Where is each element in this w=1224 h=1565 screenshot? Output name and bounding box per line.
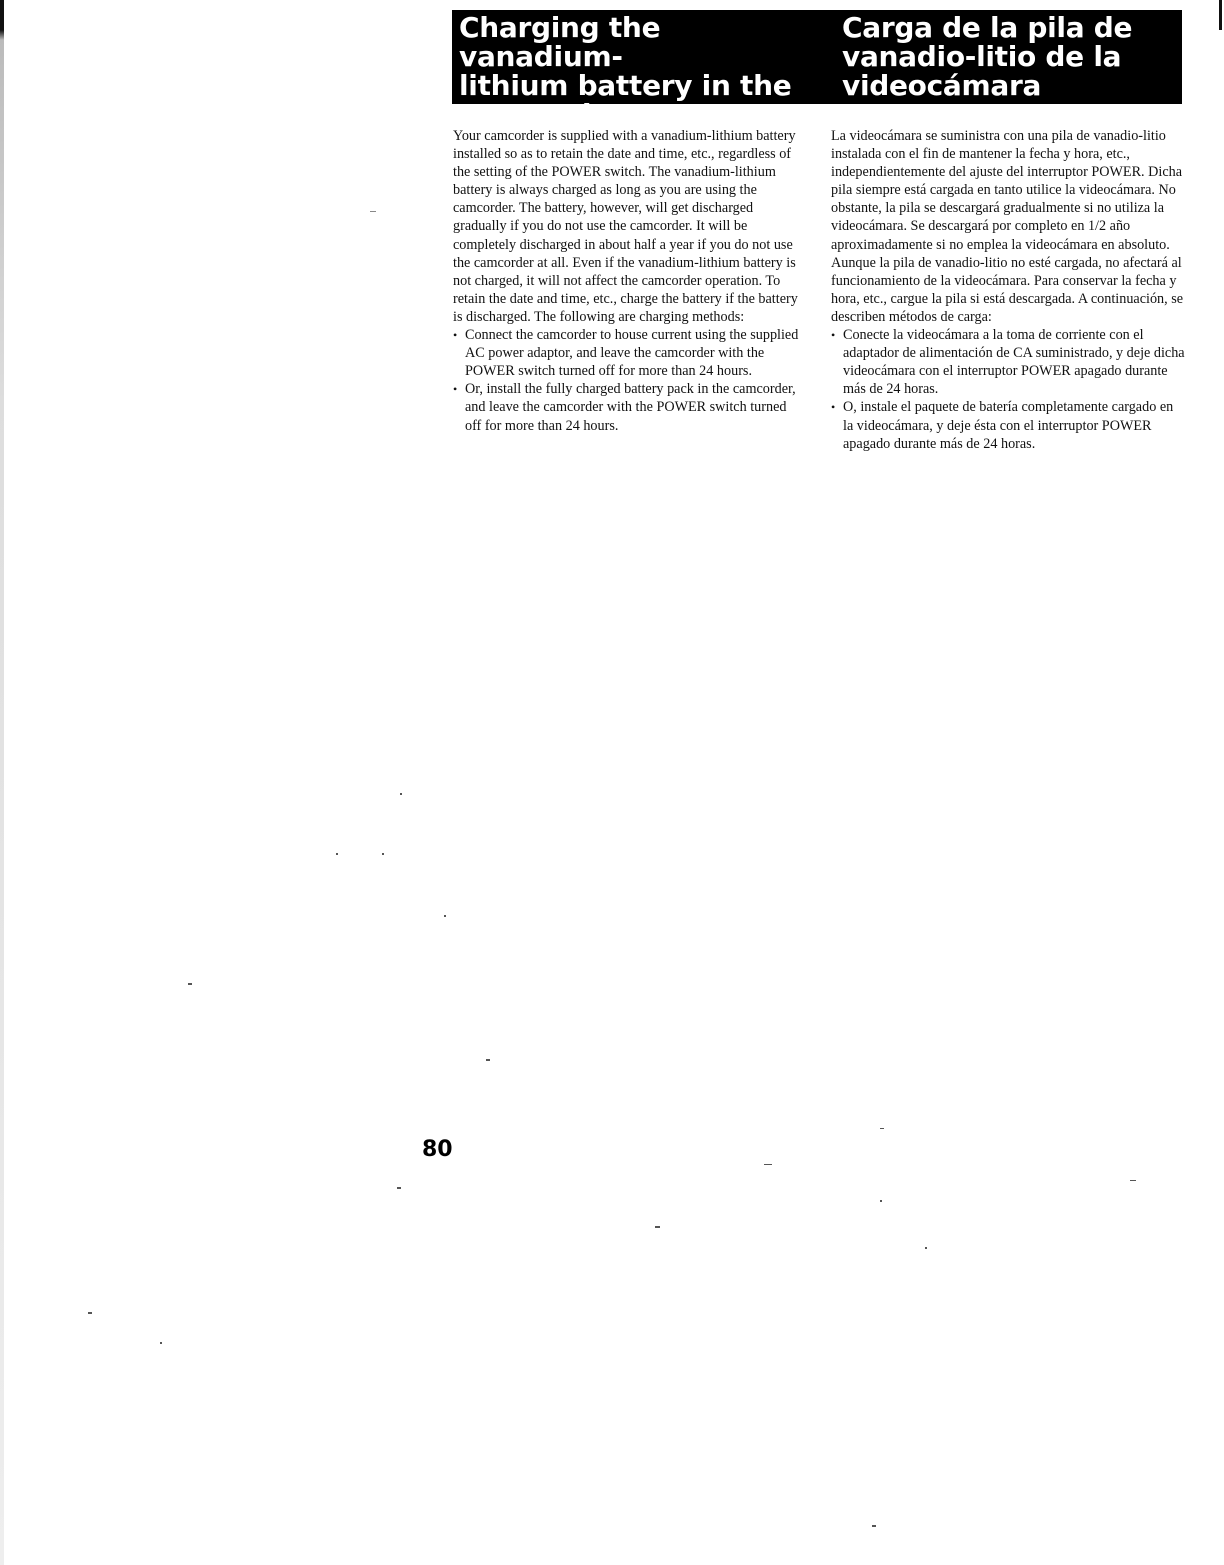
scan-speck — [925, 1247, 927, 1249]
scan-speck — [880, 1128, 884, 1129]
scan-speck — [655, 1226, 660, 1228]
scan-speck — [400, 793, 402, 795]
scan-speck — [397, 1187, 401, 1189]
scan-speck — [880, 1200, 882, 1202]
spanish-paragraph: La videocámara se suministra con una pil… — [831, 127, 1187, 326]
list-item: • Conecte la videocámara a la toma de co… — [831, 326, 1187, 398]
scan-speck — [382, 853, 384, 855]
scan-speck — [188, 983, 192, 985]
english-charging-methods-list: • Connect the camcorder to house current… — [453, 326, 805, 435]
scan-speck — [1130, 1180, 1136, 1181]
list-item: • Connect the camcorder to house current… — [453, 326, 805, 380]
scan-speck — [764, 1164, 772, 1165]
scan-speck — [444, 915, 446, 917]
scan-left-edge — [0, 0, 4, 1565]
list-item: • Or, install the fully charged battery … — [453, 380, 805, 434]
list-item: • O, instale el paquete de batería compl… — [831, 398, 1187, 452]
scan-right-edge — [1219, 0, 1222, 30]
list-item-text: Connect the camcorder to house current u… — [465, 327, 798, 379]
bullet-icon: • — [453, 326, 457, 344]
bullet-icon: • — [831, 326, 835, 344]
scan-speck — [872, 1525, 876, 1527]
page-number: 80 — [422, 1137, 453, 1162]
bullet-icon: • — [831, 398, 835, 416]
bullet-icon: • — [453, 380, 457, 398]
list-item-text: Conecte la videocámara a la toma de corr… — [843, 327, 1185, 397]
list-item-text: O, instale el paquete de batería complet… — [843, 399, 1173, 451]
heading-spanish: Carga de la pila de vanadio-litio de la … — [842, 13, 1182, 100]
heading-english: Charging the vanadium- lithium battery i… — [459, 13, 819, 129]
english-column: Your camcorder is supplied with a vanadi… — [453, 127, 805, 435]
scan-speck — [88, 1312, 92, 1314]
list-item-text: Or, install the fully charged battery pa… — [465, 381, 796, 433]
scan-speck — [370, 211, 376, 212]
scan-speck — [486, 1059, 490, 1061]
english-paragraph: Your camcorder is supplied with a vanadi… — [453, 127, 805, 326]
spanish-charging-methods-list: • Conecte la videocámara a la toma de co… — [831, 326, 1187, 453]
scan-speck — [160, 1342, 162, 1344]
scan-speck — [336, 853, 338, 855]
spanish-column: La videocámara se suministra con una pil… — [831, 127, 1187, 453]
